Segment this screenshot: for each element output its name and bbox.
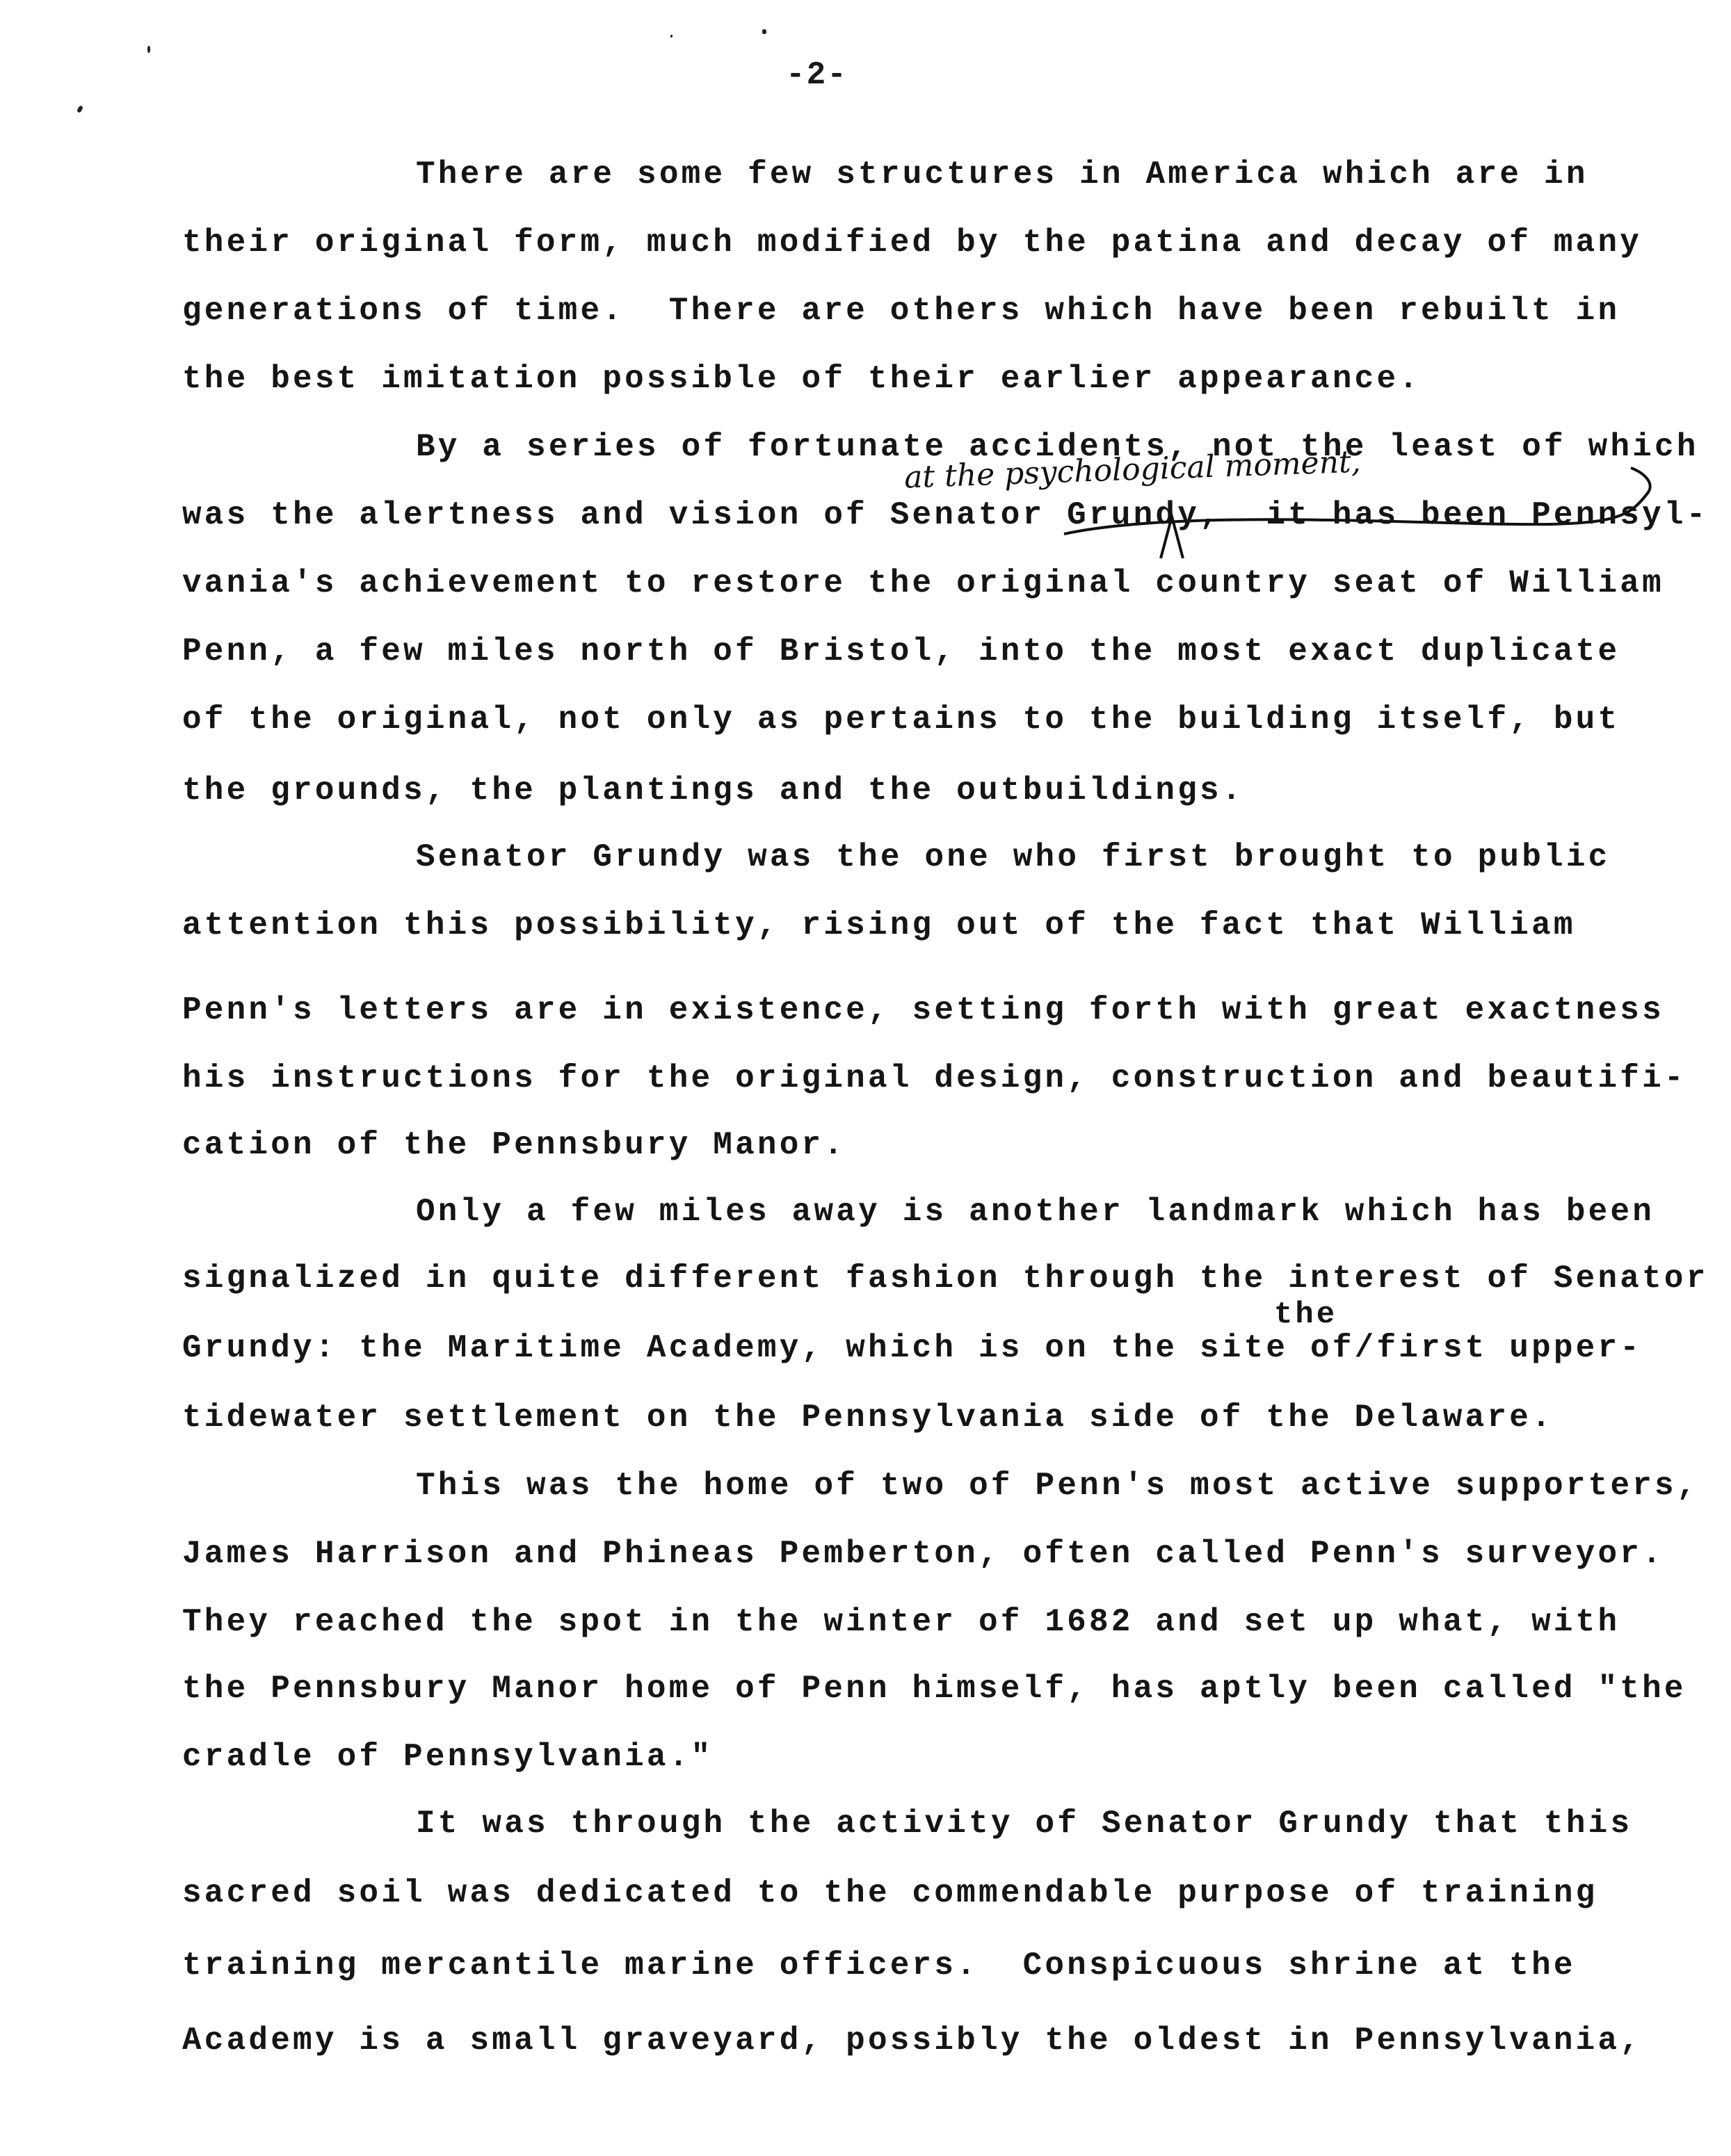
text-line: Grundy: the Maritime Academy, which is o… <box>182 1332 1642 1364</box>
text-line: the grounds, the plantings and the outbu… <box>182 775 1244 807</box>
text-line: was the alertness and vision of Senator … <box>182 499 1709 531</box>
typewritten-page: -2- There are some few structures in Ame… <box>0 0 1731 2156</box>
interlinear-insertion: the <box>1274 1297 1337 1332</box>
text-line: their original form, much modified by th… <box>182 227 1642 259</box>
text-line: Senator Grundy was the one who first bro… <box>416 841 1610 873</box>
text-line: of the original, not only as pertains to… <box>182 704 1620 736</box>
text-line: his instructions for the original design… <box>182 1062 1686 1094</box>
text-line: James Harrison and Phineas Pemberton, of… <box>182 1538 1664 1570</box>
text-line: Only a few miles away is another landmar… <box>416 1196 1654 1228</box>
text-line: There are some few structures in America… <box>416 159 1588 191</box>
text-line: generations of time. There are others wh… <box>182 295 1620 327</box>
text-line: tidewater settlement on the Pennsylvania… <box>182 1402 1554 1434</box>
text-line: training mercantile marine officers. Con… <box>182 1950 1576 1981</box>
text-line: the Pennsbury Manor home of Penn himself… <box>182 1673 1686 1705</box>
ink-speck <box>147 46 150 53</box>
ink-speck <box>670 35 673 38</box>
ink-speck <box>77 105 83 113</box>
text-line: signalized in quite different fashion th… <box>182 1263 1709 1295</box>
page-number: -2- <box>786 57 848 93</box>
text-line: cradle of Pennsylvania." <box>182 1741 713 1773</box>
text-line: attention this possibility, rising out o… <box>182 909 1576 941</box>
text-line: sacred soil was dedicated to the commend… <box>182 1877 1598 1909</box>
text-line: It was through the activity of Senator G… <box>416 1808 1632 1840</box>
text-line: cation of the Pennsbury Manor. <box>182 1129 846 1161</box>
text-line: They reached the spot in the winter of 1… <box>182 1606 1620 1638</box>
caret-mark <box>1158 511 1186 560</box>
text-line: Academy is a small graveyard, possibly t… <box>182 2025 1642 2057</box>
text-line: This was the home of two of Penn's most … <box>416 1470 1699 1502</box>
ink-speck <box>762 29 766 34</box>
text-line: Penn, a few miles north of Bristol, into… <box>182 635 1620 667</box>
text-line: Penn's letters are in existence, setting… <box>182 994 1664 1026</box>
text-line: the best imitation possible of their ear… <box>182 363 1421 395</box>
text-line: vania's achievement to restore the origi… <box>182 567 1664 599</box>
